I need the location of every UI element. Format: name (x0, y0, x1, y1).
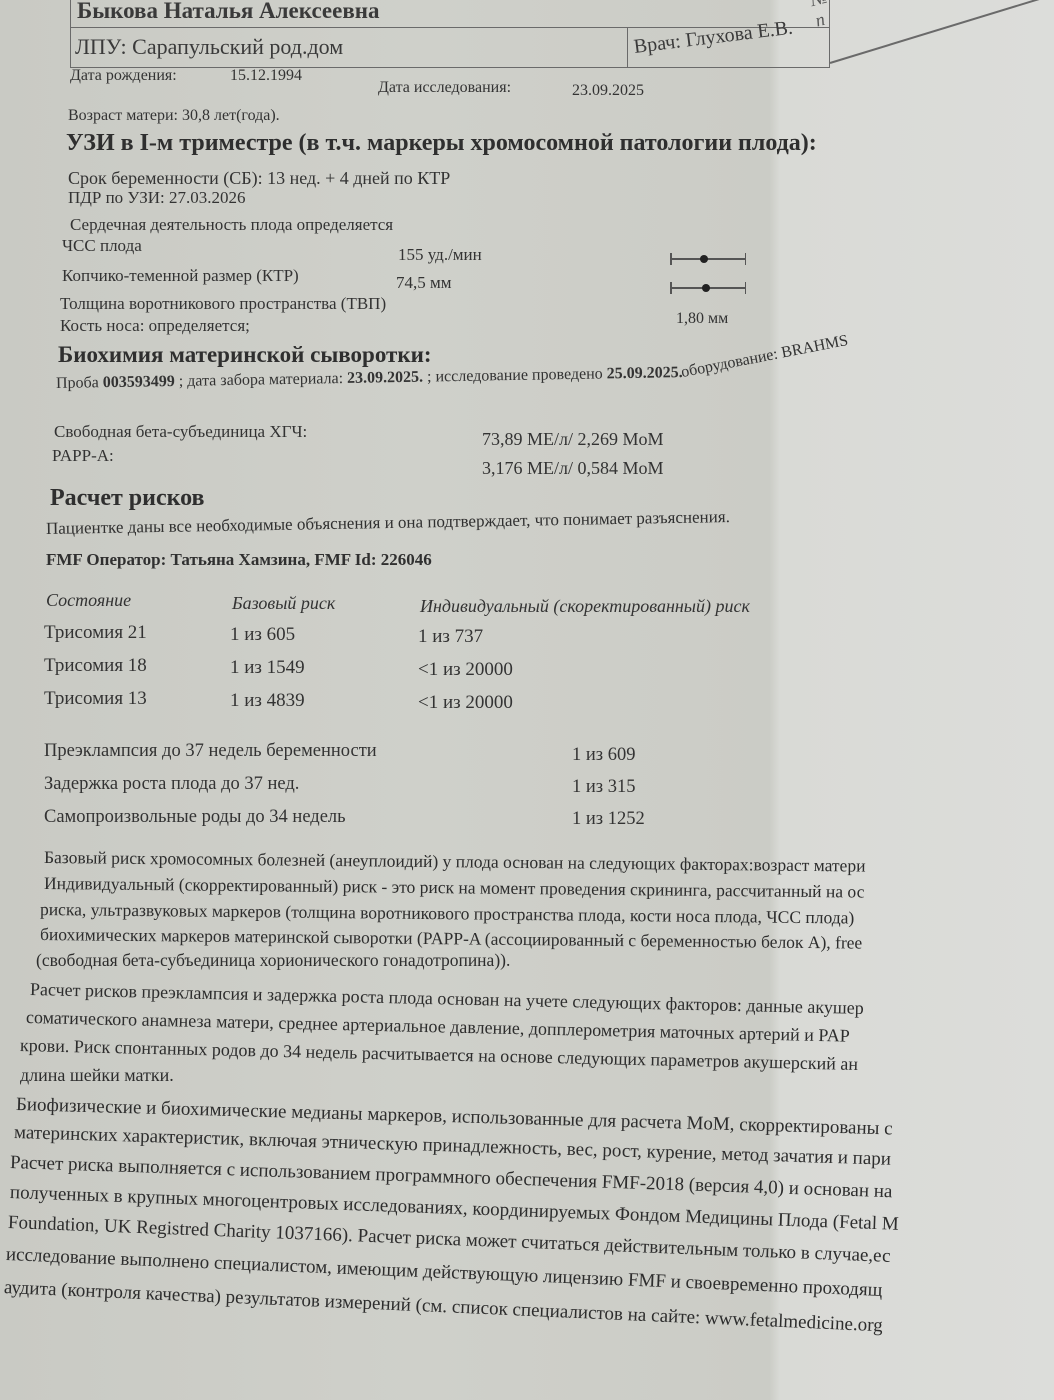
note-line: Индивидуальный (скорректированный) риск … (44, 875, 865, 901)
risk-table-cell: 1 из 605 (230, 624, 295, 646)
risk-table-cell: 1 из 737 (418, 626, 483, 648)
header-border-line (830, 0, 1054, 64)
note-line: (свободная бета-субъединица хорионическо… (36, 952, 510, 970)
other-risk-label: Самопроизвольные роды до 34 недель (44, 807, 346, 828)
patient-name: Быкова Наталья Алексеевна (77, 0, 380, 24)
nt-value: 1,80 мм (676, 310, 728, 328)
sample-date: 23.09.2025. (347, 369, 423, 387)
risk-table-cell: <1 из 20000 (418, 692, 513, 714)
institution: ЛПУ: Сарапульский род.дом (75, 34, 343, 60)
note-line: длина шейки матки. (20, 1066, 174, 1084)
fhr-label: ЧСС плода (62, 236, 142, 256)
risks-title: Расчет рисков (50, 485, 205, 512)
other-risk-label: Преэклампсия до 37 недель беременности (44, 741, 377, 762)
risk-table-cell: <1 из 20000 (418, 659, 513, 681)
other-risk-label: Задержка роста плода до 37 нед. (44, 774, 299, 795)
document-page: Быкова Наталья Алексеевна № п ЛПУ: Сарап… (0, 0, 1054, 1400)
note-line: биохимических маркеров материнской сывор… (40, 926, 862, 952)
doctor-cell: Врач: Глухова Е.В. (627, 28, 837, 68)
risk-table-cell: 1 из 1549 (230, 657, 305, 679)
birth-date-label: Дата рождения: (70, 67, 177, 85)
birth-date: 15.12.1994 (230, 67, 302, 85)
other-risk-value: 1 из 315 (572, 777, 635, 798)
crl-scale-marker (702, 284, 710, 292)
heart-activity: Сердечная деятельность плода определяетс… (70, 215, 393, 235)
exam-date: 23.09.2025 (572, 82, 644, 100)
note-line: Базовый риск хромосомных болезней (анеуп… (44, 849, 866, 875)
equipment: оборудование: BRAHMS (679, 332, 849, 382)
risk-table-cell: Трисомия 21 (44, 622, 147, 644)
crl-value: 74,5 мм (396, 273, 452, 293)
fmf-operator: FMF Оператор: Татьяна Хамзина, FMF Id: 2… (46, 550, 432, 570)
pappa-value: 3,176 МЕ/л/ 0,584 MoM (482, 458, 664, 479)
fhr-scale (670, 252, 746, 266)
sample-prefix: Проба (56, 374, 103, 392)
crl-label: Копчико-теменной размер (КТР) (62, 266, 299, 286)
study-date: 25.09.2025. (607, 364, 683, 382)
fhr-scale-marker (700, 255, 708, 263)
note-line: риска, ультразвуковых маркеров (толщина … (40, 901, 854, 927)
hcg-label: Свободная бета-субъединица ХГЧ: (54, 422, 307, 442)
risk-table-cell: Трисомия 18 (44, 655, 147, 677)
header-individual-risk: Индивидуальный (скоректированный) риск (420, 596, 750, 617)
gestational-age-text: Срок беременности (СБ): 13 нед. + 4 дней… (68, 168, 450, 188)
nasal-bone: Кость носа: определяется; (60, 316, 250, 336)
header-box: Быкова Наталья Алексеевна № п ЛПУ: Сарап… (70, 0, 830, 68)
ultrasound-title: УЗИ в I-м триместре (в т.ч. маркеры хром… (66, 130, 817, 157)
header-name-row: Быкова Наталья Алексеевна (71, 0, 829, 28)
header-base-risk: Базовый риск (232, 593, 335, 614)
pappa-label: PAPP-A: (52, 446, 114, 466)
mother-age: Возраст матери: 30,8 лет(года). (68, 107, 280, 125)
biochemistry-title: Биохимия материнской сыворотки: (58, 342, 432, 368)
exam-date-label: Дата исследования: (378, 79, 511, 97)
risk-table-cell: 1 из 4839 (230, 690, 305, 712)
due-date: ПДР по УЗИ: 27.03.2026 (68, 188, 246, 208)
header-condition: Состояние (46, 590, 131, 611)
other-risk-value: 1 из 1252 (572, 809, 645, 830)
other-risk-value: 1 из 609 (572, 745, 635, 766)
sample-id: 003593499 (103, 373, 175, 391)
sample-mid: ; дата забора материала: (175, 370, 348, 390)
sample-mid2: ; исследование проведено (423, 365, 607, 385)
nt-label: Толщина воротникового пространства (ТВП) (60, 294, 386, 314)
hcg-value: 73,89 МЕ/л/ 2,269 MoM (482, 429, 664, 450)
crl-scale (670, 281, 746, 295)
gestational-age: Срок беременности (СБ): 13 нед. + 4 дней… (68, 168, 450, 189)
fhr-value: 155 уд./мин (398, 245, 482, 265)
risk-table-cell: Трисомия 13 (44, 688, 147, 710)
